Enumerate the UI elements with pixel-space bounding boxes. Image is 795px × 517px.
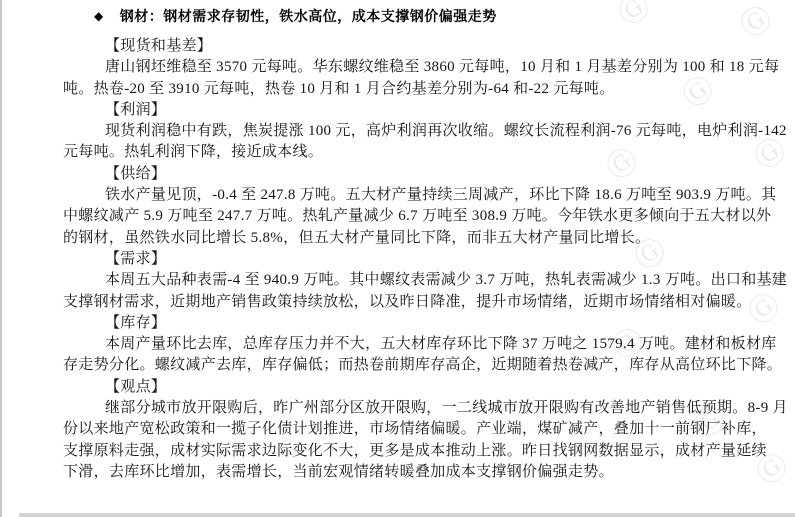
section-supply: 【供给】铁水产量见顶，-0.4 至 247.8 万吨。五大材产量持续三周减产，环… xyxy=(63,164,743,249)
section-header: 【现货和基差】 xyxy=(63,36,743,57)
page-bottom-edge xyxy=(19,513,795,517)
report-section-title: ◆钢材：钢材需求存韧性，铁水高位，成本支撑钢价偏强走势 xyxy=(63,6,743,28)
sections-container: 【现货和基差】唐山钢坯维稳至 3570 元每吨。华东螺纹维稳至 3860 元每吨… xyxy=(63,36,743,483)
section-spot-basis: 【现货和基差】唐山钢坯维稳至 3570 元每吨。华东螺纹维稳至 3860 元每吨… xyxy=(63,36,743,100)
paragraph-line: 支撑钢材需求，近期地产销售政策持续放松，以及昨日降准，提升市场情绪，近期市场情绪… xyxy=(63,292,743,313)
section-profit: 【利润】现货利润稳中有跌，焦炭提涨 100 元，高炉利润再次收缩。螺纹长流程利润… xyxy=(63,100,743,164)
document-page: Ⓖ Ⓖ Ⓖ Ⓖ Ⓖ Ⓖ Ⓖ Ⓖ Ⓖ Ⓖ ◆钢材：钢材需求存韧性，铁水高位，成本支… xyxy=(0,0,795,517)
paragraph-line: 铁水产量见顶，-0.4 至 247.8 万吨。五大材产量持续三周减产，环比下降 … xyxy=(63,185,743,206)
paragraph-line: 中螺纹减产 5.9 万吨至 247.7 万吨。热轧产量减少 6.7 万吨至 30… xyxy=(63,206,743,227)
section-header: 【供给】 xyxy=(63,164,743,185)
paragraph-line: 唐山钢坯维稳至 3570 元每吨。华东螺纹维稳至 3860 元每吨，10 月和 … xyxy=(63,57,743,78)
paragraph-line: 存走势分化。螺纹减产去库，库存偏低；而热卷前期库存高企，近期随着热卷减产，库存从… xyxy=(63,355,743,376)
diamond-bullet-icon: ◆ xyxy=(94,9,104,23)
title-text: 钢材：钢材需求存韧性，铁水高位，成本支撑钢价偏强走势 xyxy=(120,10,497,25)
section-header: 【库存】 xyxy=(63,313,743,334)
paragraph-line: 现货利润稳中有跌，焦炭提涨 100 元，高炉利润再次收缩。螺纹长流程利润-76 … xyxy=(63,121,743,142)
paragraph-line: 的钢材，虽然铁水同比增长 5.8%，但五大材产量同比下降，而非五大材产量同比增长… xyxy=(63,228,743,249)
paragraph-line: 支撑原料走强，成材实际需求边际变化不大，更多是成本推动上涨。昨日找钢网数据显示，… xyxy=(63,441,743,462)
report-body: ◆钢材：钢材需求存韧性，铁水高位，成本支撑钢价偏强走势 【现货和基差】唐山钢坯维… xyxy=(63,6,743,483)
section-inventory: 【库存】本周产量环比去库，总库存压力并不大，五大材库存环比下降 37 万吨之 1… xyxy=(63,313,743,377)
page-left-edge xyxy=(0,0,2,517)
paragraph-line: 吨。热卷-20 至 3910 元每吨，热卷 10 月和 1 月合约基差分别为-6… xyxy=(63,79,743,100)
section-demand: 【需求】本周五大品种表需-4 至 940.9 万吨。其中螺纹表需减少 3.7 万… xyxy=(63,249,743,313)
section-header: 【观点】 xyxy=(63,377,743,398)
section-viewpoint: 【观点】继部分城市放开限购后，昨广州部分区放开限购，一二线城市放开限购有改善地产… xyxy=(63,377,743,483)
paragraph-line: 元每吨。热轧利润下降，接近成本线。 xyxy=(63,142,743,163)
paragraph-line: 继部分城市放开限购后，昨广州部分区放开限购，一二线城市放开限购有改善地产销售低预… xyxy=(63,398,743,419)
section-header: 【利润】 xyxy=(63,100,743,121)
paragraph-line: 本周五大品种表需-4 至 940.9 万吨。其中螺纹表需减少 3.7 万吨，热轧… xyxy=(63,270,743,291)
section-header: 【需求】 xyxy=(63,249,743,270)
paragraph-line: 份以来地产宽松政策和一揽子化债计划推进，市场情绪偏暖。产业端，煤矿减产，叠加十一… xyxy=(63,419,743,440)
paragraph-line: 本周产量环比去库，总库存压力并不大，五大材库存环比下降 37 万吨之 1579.… xyxy=(63,334,743,355)
paragraph-line: 下滑，去库环比增加，表需增长，当前宏观情绪转暖叠加成本支撑钢价偏强走势。 xyxy=(63,462,743,483)
